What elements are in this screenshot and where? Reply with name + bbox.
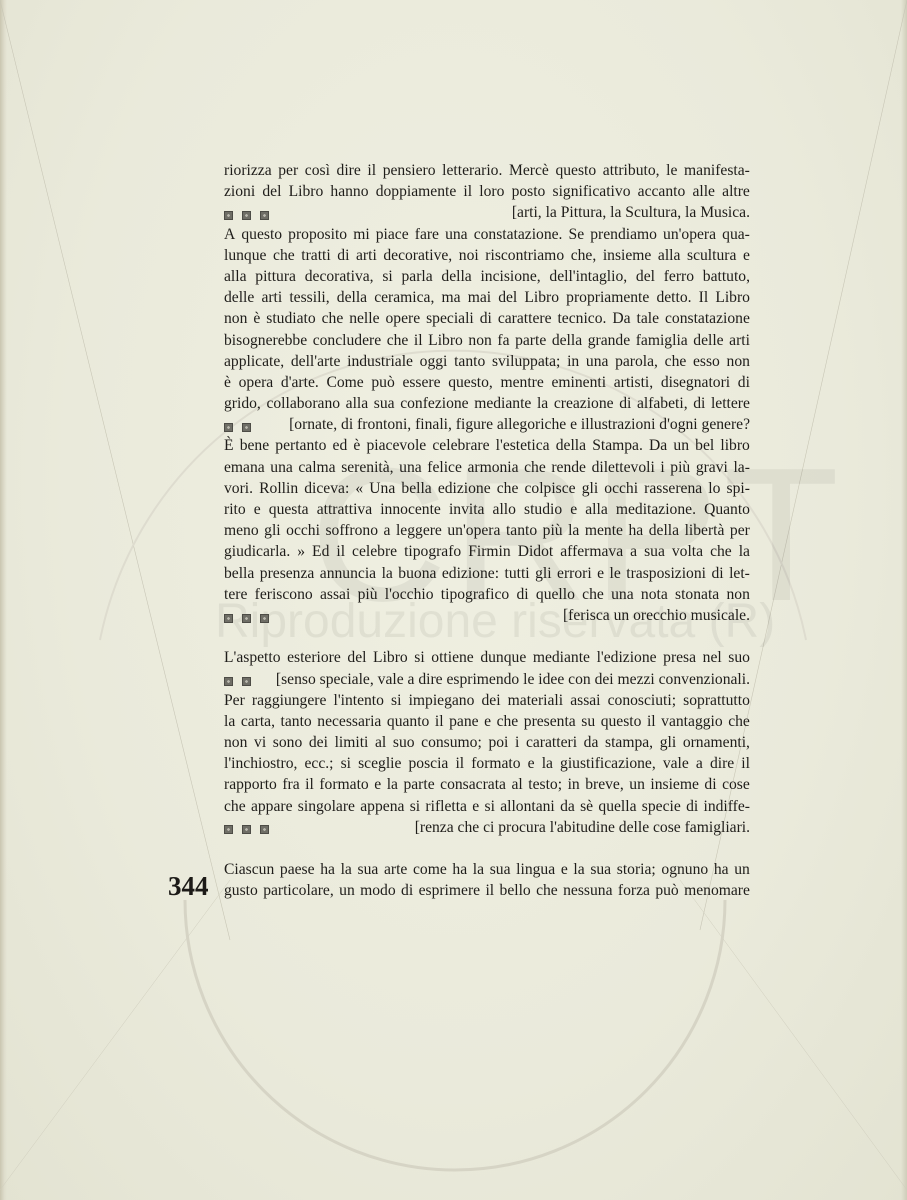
text-line: [ornate, di frontoni, finali, figure all… bbox=[224, 414, 750, 435]
text-line: rapportofrailformatoelaparteconsacrataal… bbox=[224, 774, 750, 795]
text-line: vori.Rollindiceva:«Unabellaedizionecheco… bbox=[224, 478, 750, 499]
text-line: Aquestopropositomipiacefareunaconstatazi… bbox=[224, 224, 750, 245]
text-line: riorizzapercosìdireilpensieroletterario.… bbox=[224, 160, 750, 181]
text-line: L'aspettoesterioredelLibrosiottienedunqu… bbox=[224, 647, 750, 668]
text-line: [senso speciale, vale a dire esprimendo … bbox=[224, 669, 750, 690]
text-line: nonèstudiatochenelleoperespecialidicarat… bbox=[224, 308, 750, 329]
text-line: lunquechetrattidiartidecorative,noirisco… bbox=[224, 245, 750, 266]
paragraph-gap bbox=[224, 838, 750, 859]
text-line: zionidelLibrohannodoppiamenteilloroposto… bbox=[224, 181, 750, 202]
text-line: Perraggiungerel'intentosiimpieganodeimat… bbox=[224, 690, 750, 711]
text-line: gustoparticolare,unmododiesprimereilbell… bbox=[224, 880, 750, 901]
ornament-icon bbox=[260, 614, 269, 623]
ornament-icon bbox=[224, 423, 233, 432]
text-line: èoperad'arte.Comepuòesserequesto,mentree… bbox=[224, 372, 750, 393]
bracketed-line-text: [ornate, di frontoni, finali, figure all… bbox=[289, 414, 750, 435]
ornament-icon bbox=[242, 614, 251, 623]
page-number: 344 bbox=[168, 871, 209, 902]
text-line: [ferisca un orecchio musicale. bbox=[224, 605, 750, 626]
text-line: menogliocchisoffronoaleggereun'operatant… bbox=[224, 520, 750, 541]
text-line: cheapparesingolareappenasiriflettaesiall… bbox=[224, 796, 750, 817]
ornament-icon bbox=[224, 211, 233, 220]
text-line: delleartitessili,dellaceramica,mamaidelL… bbox=[224, 287, 750, 308]
ornament-group bbox=[224, 207, 269, 223]
ornament-icon bbox=[242, 423, 251, 432]
bracketed-line-text: [renza che ci procura l'abitudine delle … bbox=[415, 817, 750, 838]
text-line: allapitturadecorativa,siparladellaincisi… bbox=[224, 266, 750, 287]
text-line: [renza che ci procura l'abitudine delle … bbox=[224, 817, 750, 838]
ornament-icon bbox=[260, 211, 269, 220]
paragraph: L'aspettoesterioredelLibrosiottienedunqu… bbox=[224, 647, 750, 838]
ornament-icon bbox=[242, 677, 251, 686]
ornament-icon bbox=[224, 677, 233, 686]
bracketed-line-text: [arti, la Pittura, la Scultura, la Music… bbox=[512, 202, 750, 223]
text-line: tereferisconoassaipiùl'occhiotipografico… bbox=[224, 584, 750, 605]
text-line: grido,collaboranoallasuaconfezionemedian… bbox=[224, 393, 750, 414]
paragraph-gap bbox=[224, 626, 750, 647]
ornament-icon bbox=[242, 211, 251, 220]
ornament-group bbox=[224, 674, 251, 690]
text-line: Èbenepertantoedèpiacevolecelebrarel'este… bbox=[224, 435, 750, 456]
text-line: l'inchiostro,ecc.;sisceglieposciailforma… bbox=[224, 753, 750, 774]
text-line: Ciascunpaesehalasuaartecomehalasualingua… bbox=[224, 859, 750, 880]
text-line: emanaunacalmaserenità,unafelicearmoniach… bbox=[224, 457, 750, 478]
ornament-icon bbox=[242, 825, 251, 834]
text-line: giudicarla.»EdilcelebretipografoFirminDi… bbox=[224, 541, 750, 562]
text-line: lacarta,tantonecessariaquantoilpaneechep… bbox=[224, 711, 750, 732]
text-line: bellapresenzaannuncialabuonaedizione:tut… bbox=[224, 563, 750, 584]
ornament-icon bbox=[224, 825, 233, 834]
ornament-group bbox=[224, 610, 269, 626]
book-page: CRPT Riproduzione riservata (R) riorizza… bbox=[0, 0, 907, 1200]
text-line: ritoequestaattrattivainnocenteinvitaallo… bbox=[224, 499, 750, 520]
text-line: [arti, la Pittura, la Scultura, la Music… bbox=[224, 202, 750, 223]
bracketed-line-text: [ferisca un orecchio musicale. bbox=[563, 605, 750, 626]
ornament-group bbox=[224, 822, 269, 838]
text-line: nonvisonodeilimitialsuoconsumo;poiicarat… bbox=[224, 732, 750, 753]
body-text: riorizzapercosìdireilpensieroletterario.… bbox=[224, 160, 750, 902]
bracketed-line-text: [senso speciale, vale a dire esprimendo … bbox=[276, 669, 750, 690]
ornament-icon bbox=[224, 614, 233, 623]
text-line: applicate,dell'arteindustrialeoggitantos… bbox=[224, 351, 750, 372]
paragraph: riorizzapercosìdireilpensieroletterario.… bbox=[224, 160, 750, 626]
ornament-icon bbox=[260, 825, 269, 834]
ornament-group bbox=[224, 419, 251, 435]
paragraph: Ciascunpaesehalasuaartecomehalasualingua… bbox=[224, 859, 750, 901]
text-line: bisognerebbeconcluderecheilLibrononfapar… bbox=[224, 330, 750, 351]
